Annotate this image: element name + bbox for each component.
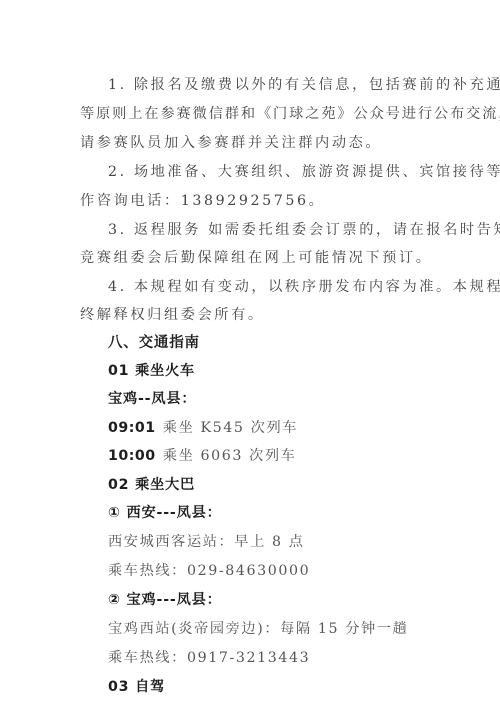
paragraph-2-line-1: 2. 场地准备、大赛组织、旅游资源提供、宾馆接待等工 [108, 163, 458, 181]
document-page: 1. 除报名及缴费以外的有关信息，包括赛前的补充通知 等原则上在参赛微信群和《门… [0, 0, 500, 707]
train-desc: 乘坐 K545 次列车 [163, 420, 298, 436]
bus-heading: 02 乘坐大巴 [108, 476, 458, 494]
train-route: 宝鸡--凤县： [108, 390, 458, 408]
paragraph-3-line-2: 竞赛组委会后勤保障组在网上可能情况下预订。 [80, 249, 430, 267]
train-time: 10:00 [108, 448, 156, 464]
bus-route-1-title: ① 西安---凤县： [108, 504, 458, 522]
paragraph-4-line-1: 4. 本规程如有变动，以秩序册发布内容为准。本规程最 [108, 278, 458, 296]
bus-route-1-hotline: 乘车热线：029-84630000 [108, 562, 458, 580]
train-schedule-1: 09:01 乘坐 K545 次列车 [108, 419, 458, 437]
section-title: 八、交通指南 [108, 334, 458, 352]
paragraph-3-line-1: 3. 返程服务 如需委托组委会订票的，请在报名时告知 [108, 221, 458, 239]
paragraph-1-line-3: 请参赛队员加入参赛群并关注群内动态。 [80, 134, 430, 152]
bus-route-2-title: ② 宝鸡---凤县： [108, 591, 458, 609]
train-schedule-2: 10:00 乘坐 6063 次列车 [108, 447, 458, 465]
train-heading: 01 乘坐火车 [108, 362, 458, 380]
self-drive-heading: 03 自驾 [108, 678, 458, 696]
train-time: 09:01 [108, 420, 156, 436]
paragraph-2-line-2: 作咨询电话：13892925756。 [80, 192, 430, 210]
paragraph-1-line-2: 等原则上在参赛微信群和《门球之苑》公众号进行公布交流， [80, 105, 430, 123]
train-desc: 乘坐 6063 次列车 [163, 448, 297, 464]
bus-route-2-station: 宝鸡西站(炎帝园旁边)：每隔 15 分钟一趟 [108, 620, 458, 638]
bus-route-1-station: 西安城西客运站：早上 8 点 [108, 533, 458, 551]
bus-route-2-hotline: 乘车热线：0917-3213443 [108, 649, 458, 667]
paragraph-4-line-2: 终解释权归组委会所有。 [80, 306, 430, 324]
paragraph-1-line-1: 1. 除报名及缴费以外的有关信息，包括赛前的补充通知 [108, 76, 458, 94]
